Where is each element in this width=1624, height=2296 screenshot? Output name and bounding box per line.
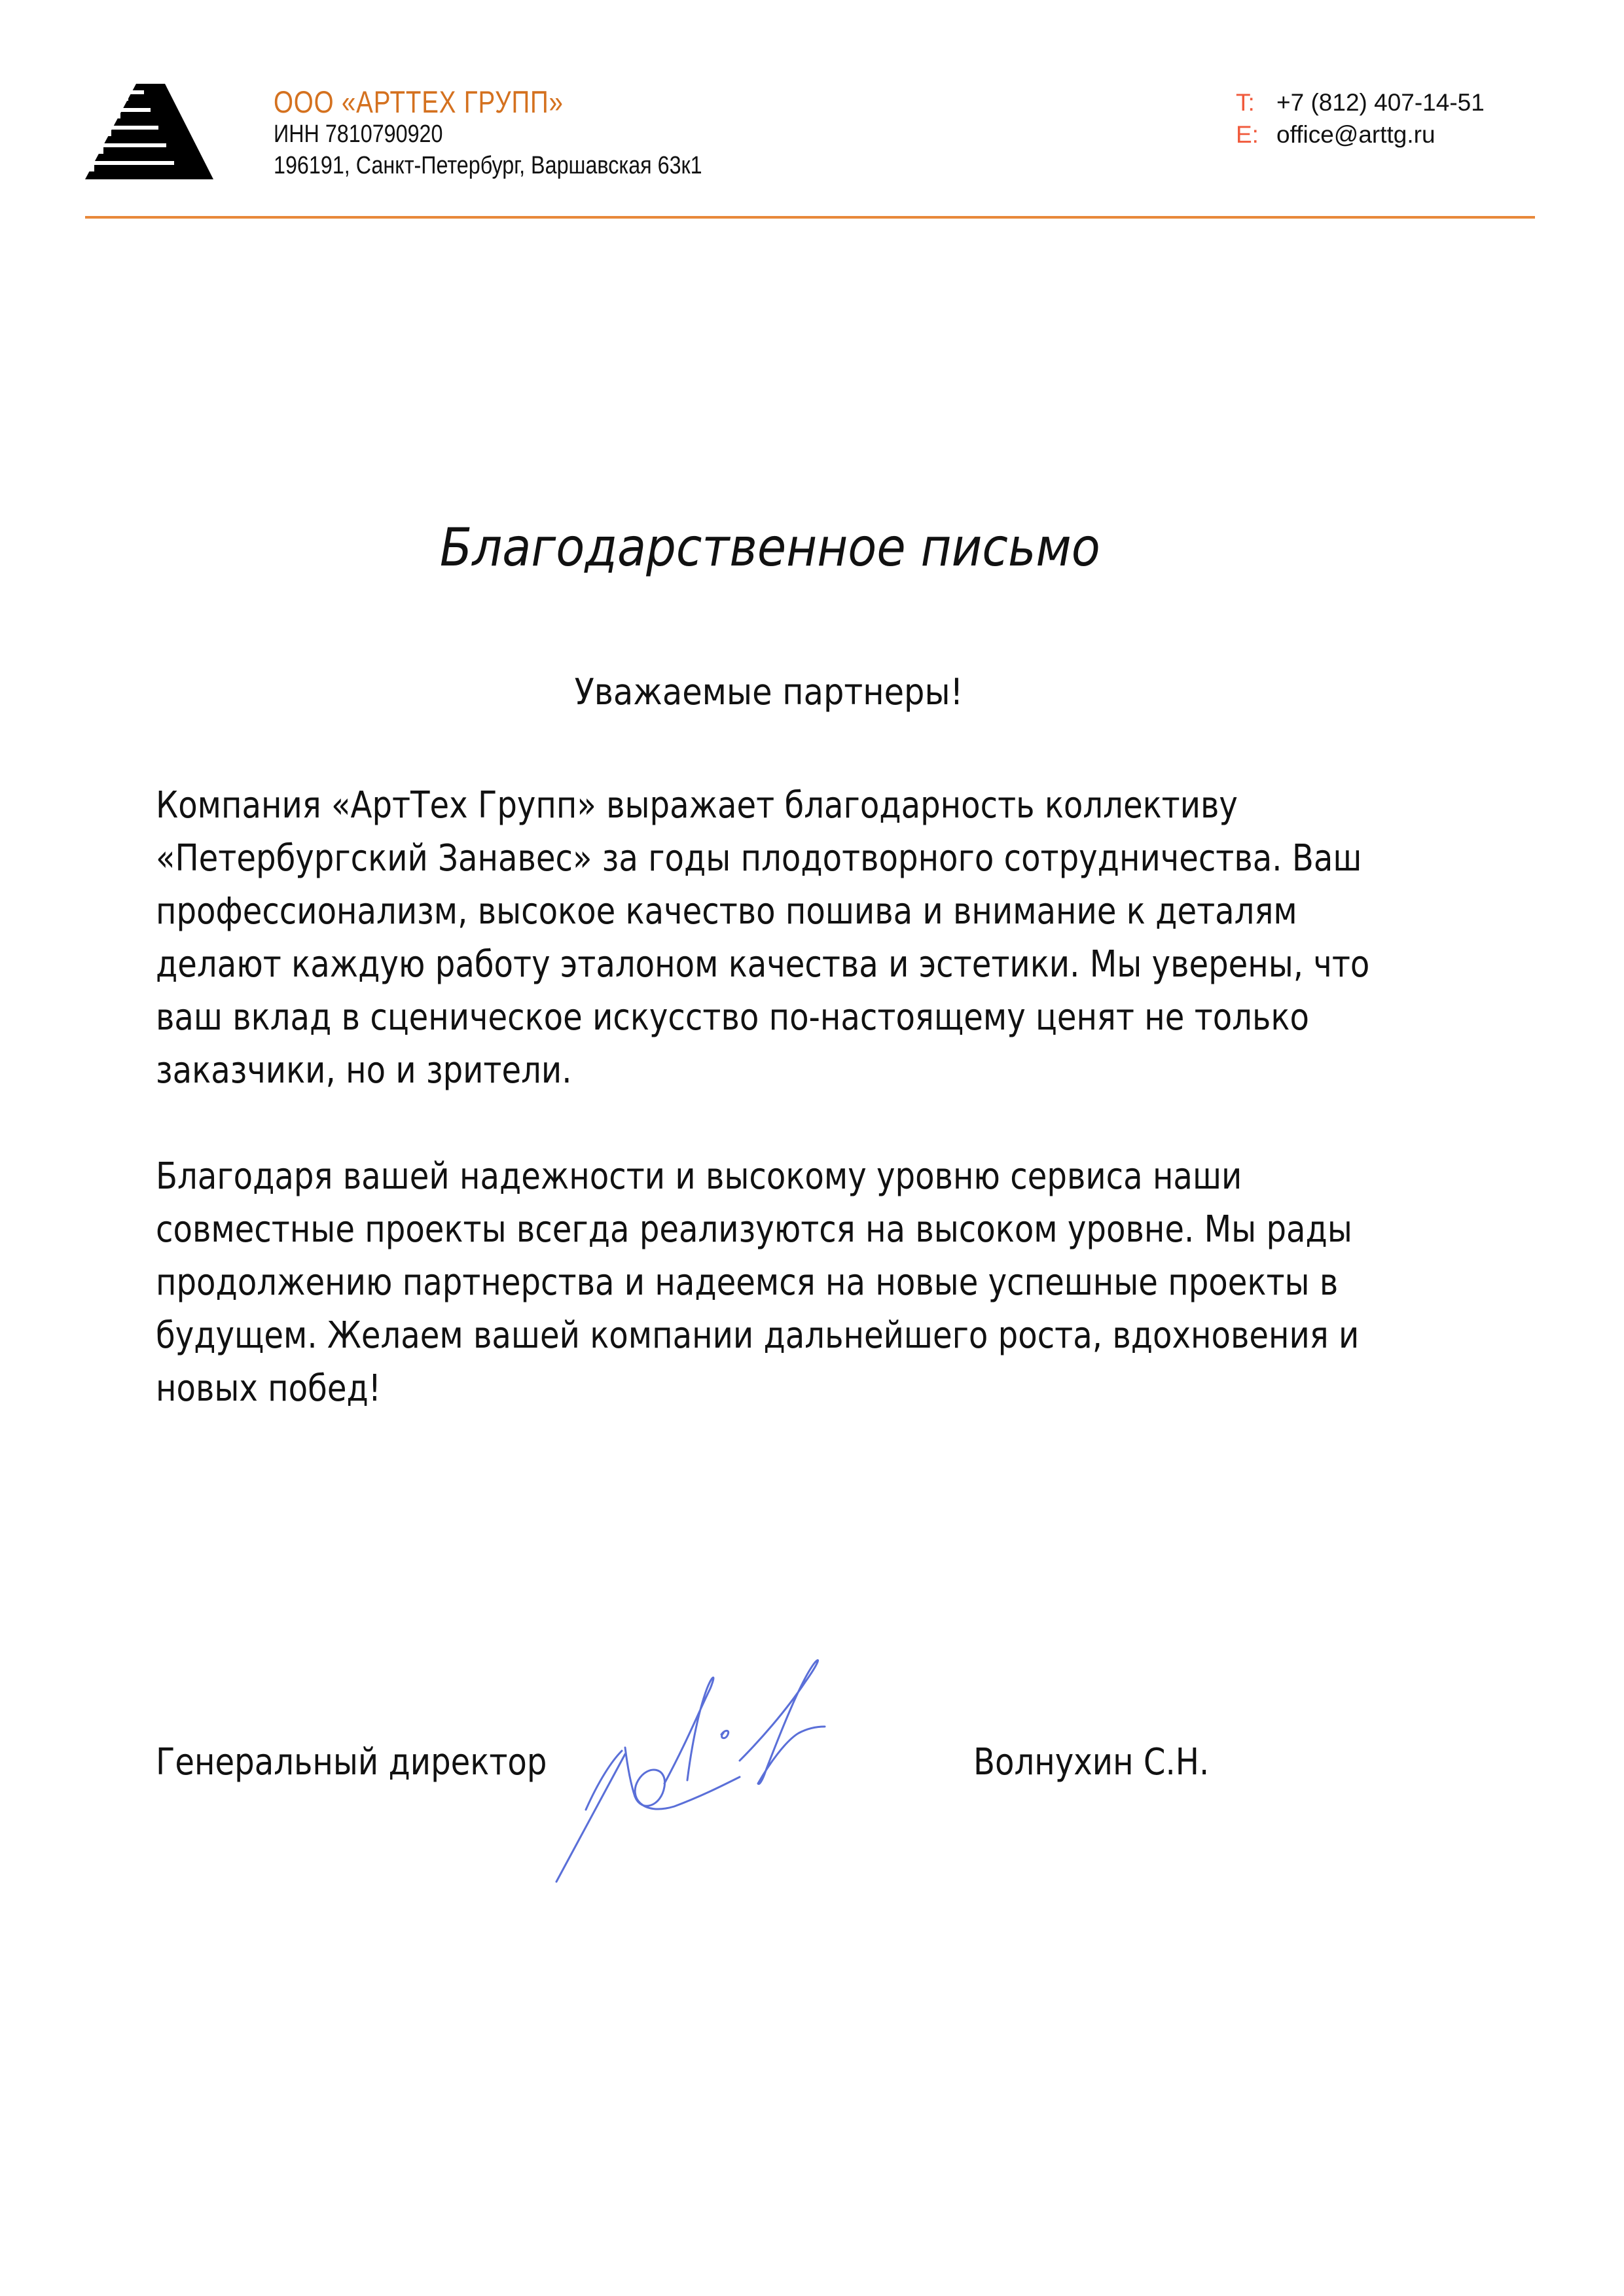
email-value[interactable]: office@arttg.ru (1276, 121, 1435, 149)
letter-greeting: Уважаемые партнеры! (0, 671, 1538, 713)
phone-value: +7 (812) 407-14-51 (1276, 89, 1485, 117)
paragraph-line: продолжению партнерства и надеемся на но… (156, 1256, 1451, 1309)
paragraph-line: ваш вклад в сценическое искусство по-нас… (156, 991, 1451, 1044)
contact-email: E: office@arttg.ru (1236, 121, 1435, 149)
letter-title: Благодарственное письмо (0, 517, 1540, 578)
company-logo (85, 84, 213, 179)
signature-icon (550, 1649, 982, 1898)
paragraph-line: делают каждую работу эталоном качества и… (156, 938, 1451, 991)
paragraph-line: будущем. Желаем вашей компании дальнейше… (156, 1309, 1451, 1362)
signatory-name: Волнухин С.Н. (973, 1741, 1209, 1784)
letter-paragraph-1: Компания «АртТех Групп» выражает благода… (156, 779, 1451, 1097)
letter-paragraph-2: Благодаря вашей надежности и высокому ур… (156, 1150, 1451, 1415)
paragraph-line: Компания «АртТех Групп» выражает благода… (156, 779, 1451, 832)
email-label: E: (1236, 121, 1276, 149)
company-inn: ИНН 7810790920 (274, 120, 442, 149)
header-divider (85, 216, 1535, 219)
paragraph-line: Благодаря вашей надежности и высокому ур… (156, 1150, 1451, 1203)
contact-phone: T: +7 (812) 407-14-51 (1236, 89, 1485, 117)
signatory-role: Генеральный директор (156, 1741, 547, 1784)
phone-label: T: (1236, 89, 1276, 117)
company-address: 196191, Санкт-Петербург, Варшавская 63к1 (274, 152, 702, 180)
company-name: ООО «АРТТЕХ ГРУПП» (274, 84, 564, 120)
paragraph-line: заказчики, но и зрители. (156, 1044, 1451, 1097)
paragraph-line: новых побед! (156, 1362, 1451, 1415)
handwritten-signature (550, 1649, 982, 1898)
stepped-triangle-logo-icon (85, 84, 213, 179)
paragraph-line: «Петербургский Занавес» за годы плодотво… (156, 832, 1451, 885)
paragraph-line: профессионализм, высокое качество пошива… (156, 885, 1451, 938)
paragraph-line: совместные проекты всегда реализуются на… (156, 1203, 1451, 1256)
